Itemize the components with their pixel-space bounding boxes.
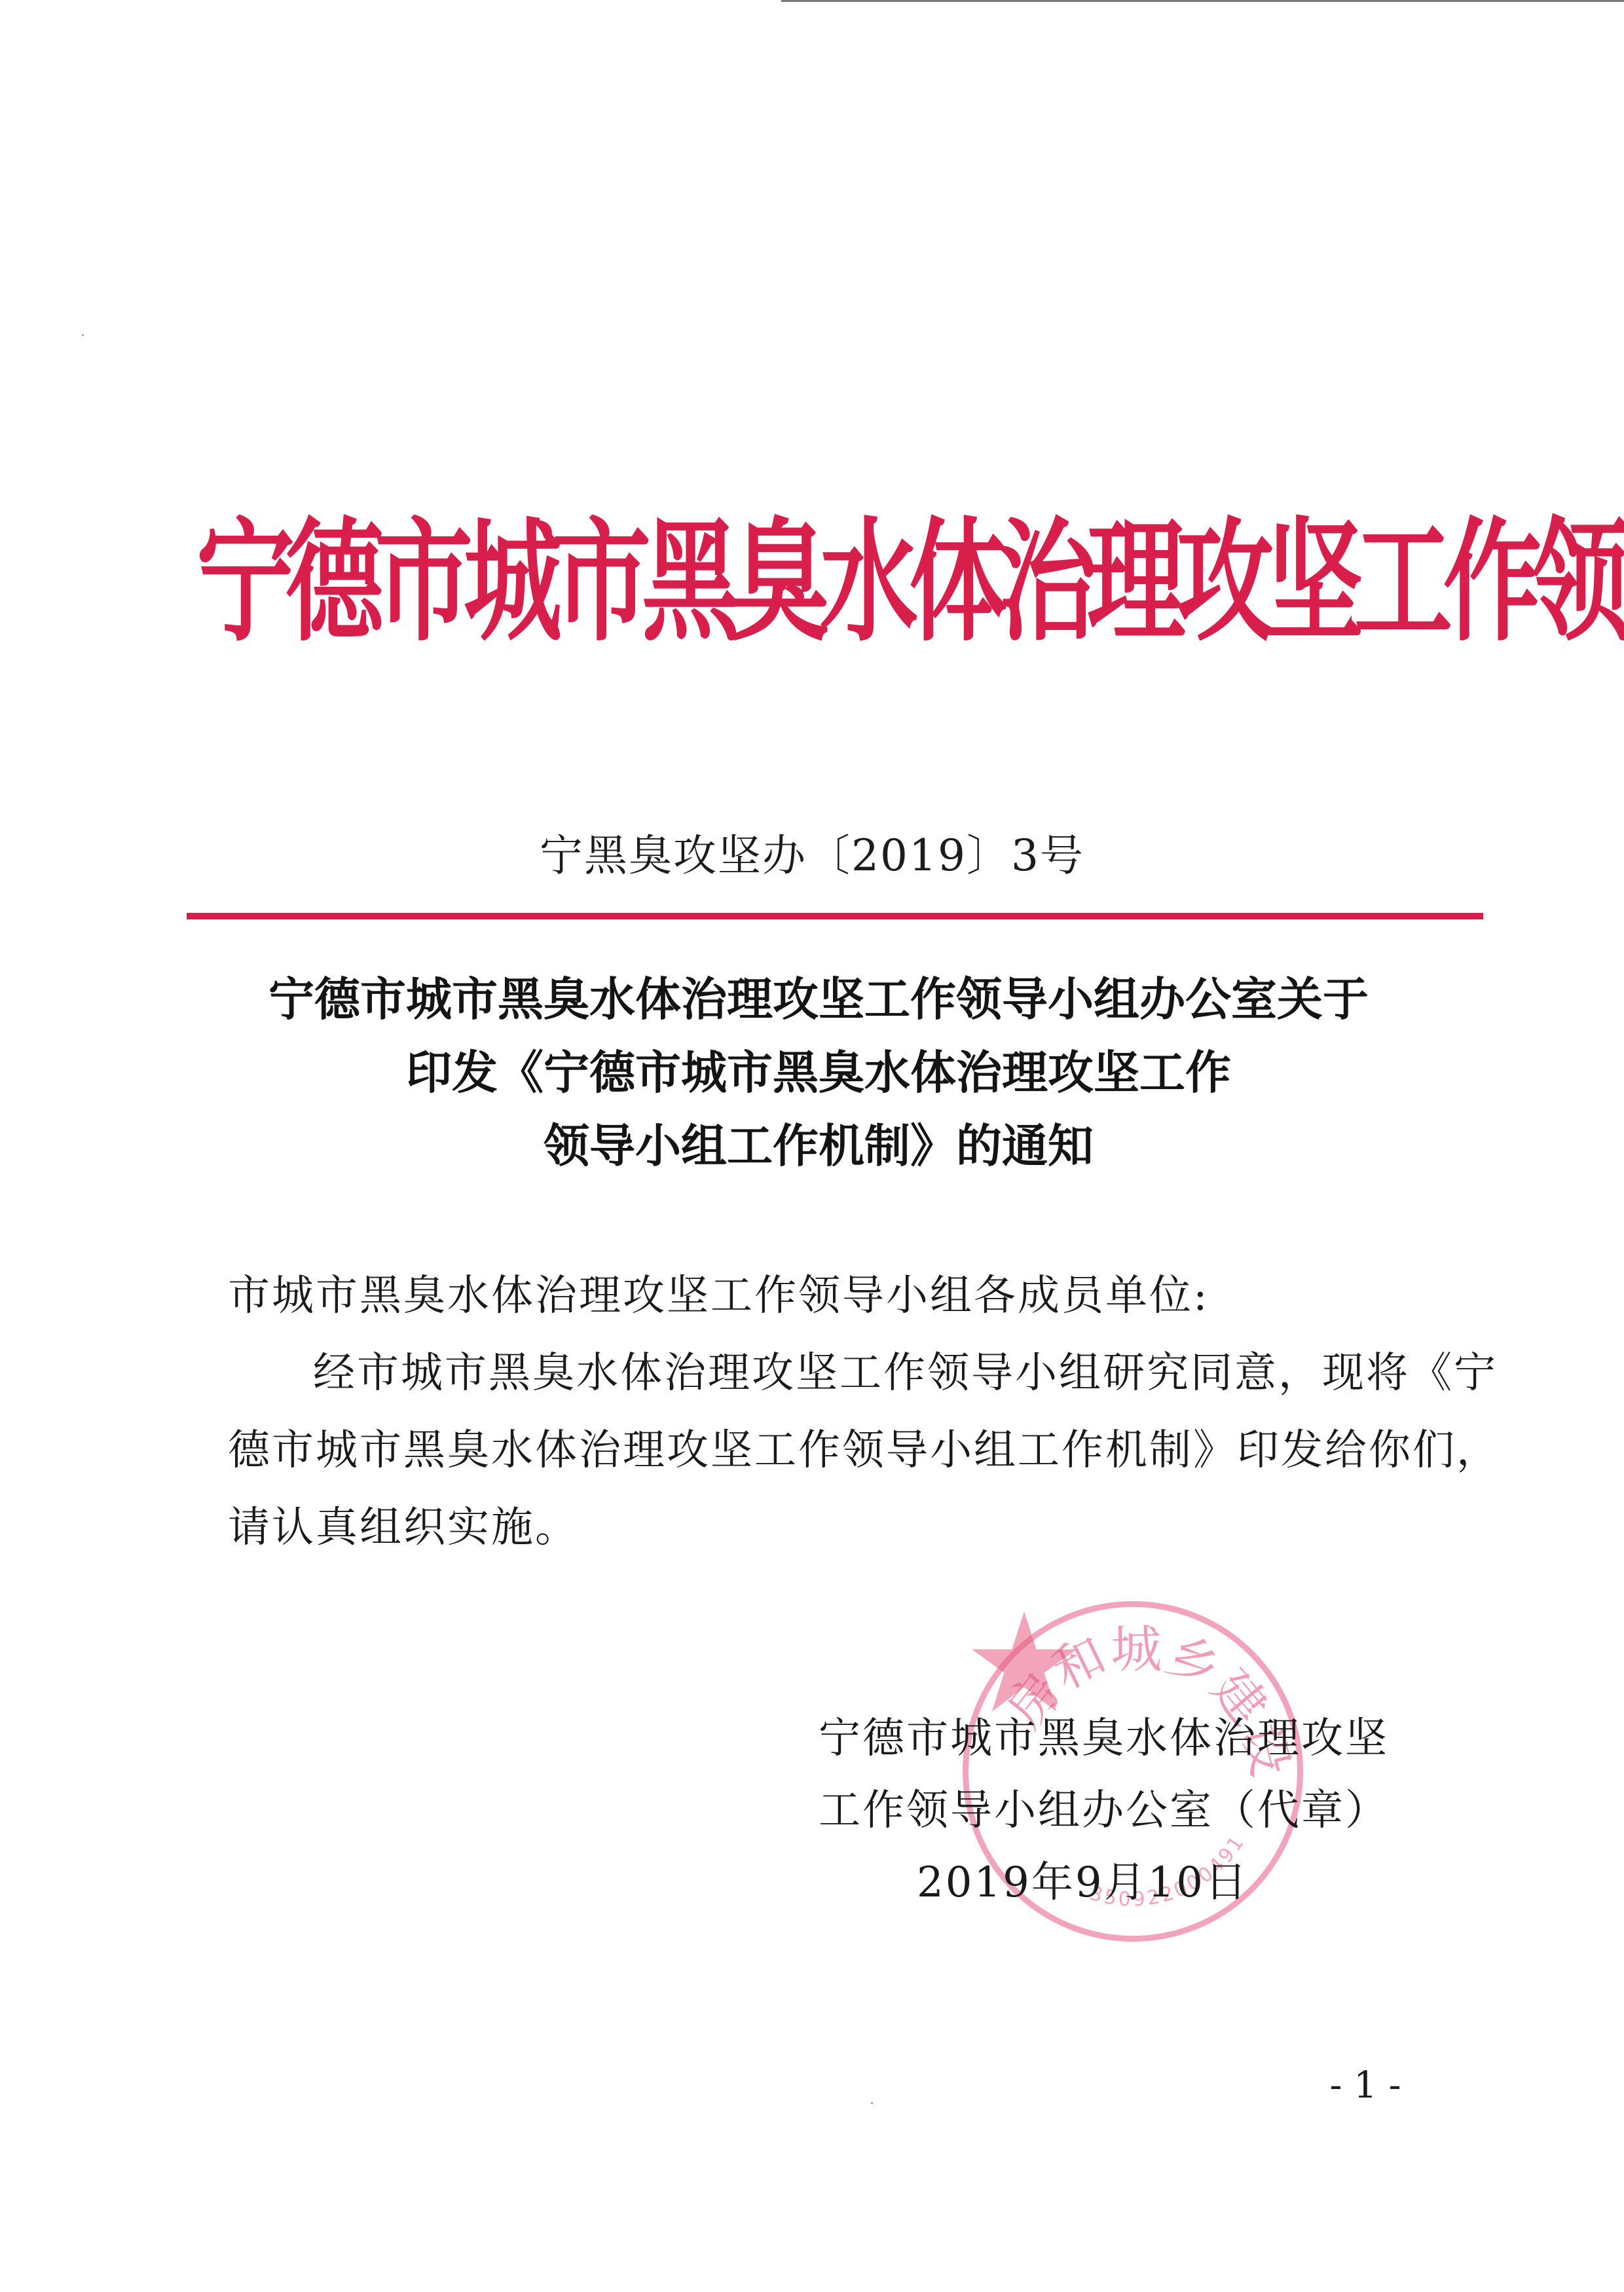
body-line-1: 经市城市黑臭水体治理攻坚工作领导小组研究同意，现将《宁 [228,1335,1459,1412]
salutation: 市城市黑臭水体治理攻坚工作领导小组各成员单位: [228,1257,1459,1335]
signature-org-line-2: 工作领导小组办公室（代章） [819,1775,1408,1847]
scan-artifact [82,334,84,336]
title-line-3: 领导小组工作机制》的通知 [196,1109,1441,1183]
body-line-3: 请认真组织实施。 [228,1489,1459,1566]
scan-edge-bar [781,0,1624,2]
document-title: 宁德市城市黑臭水体治理攻坚工作领导小组办公室关于 印发《宁德市城市黑臭水体治理攻… [196,963,1441,1183]
scan-artifact [871,2102,873,2104]
seal-star-icon [969,1607,1080,1718]
signature-date: 2019年9月10日 [819,1847,1408,1919]
page-number: - 1 - [1310,2063,1421,2109]
signature-block: 宁德市城市黑臭水体治理攻坚 工作领导小组办公室（代章） 2019年9月10日 [819,1703,1408,1919]
signature-org-line-1: 宁德市城市黑臭水体治理攻坚 [819,1703,1408,1775]
red-divider-rule [187,913,1483,919]
organization-header: 宁德市城市黑臭水体治理攻坚工作领导小组办公室 [196,477,1460,689]
title-line-2: 印发《宁德市城市黑臭水体治理攻坚工作 [196,1036,1441,1109]
title-line-1: 宁德市城市黑臭水体治理攻坚工作领导小组办公室关于 [196,963,1441,1036]
body-line-2: 德市城市黑臭水体治理攻坚工作领导小组工作机制》印发给你们， [228,1412,1459,1489]
document-number: 宁黑臭攻坚办〔2019〕3号 [0,826,1624,885]
document-body: 市城市黑臭水体治理攻坚工作领导小组各成员单位: 经市城市黑臭水体治理攻坚工作领导… [228,1257,1459,1566]
